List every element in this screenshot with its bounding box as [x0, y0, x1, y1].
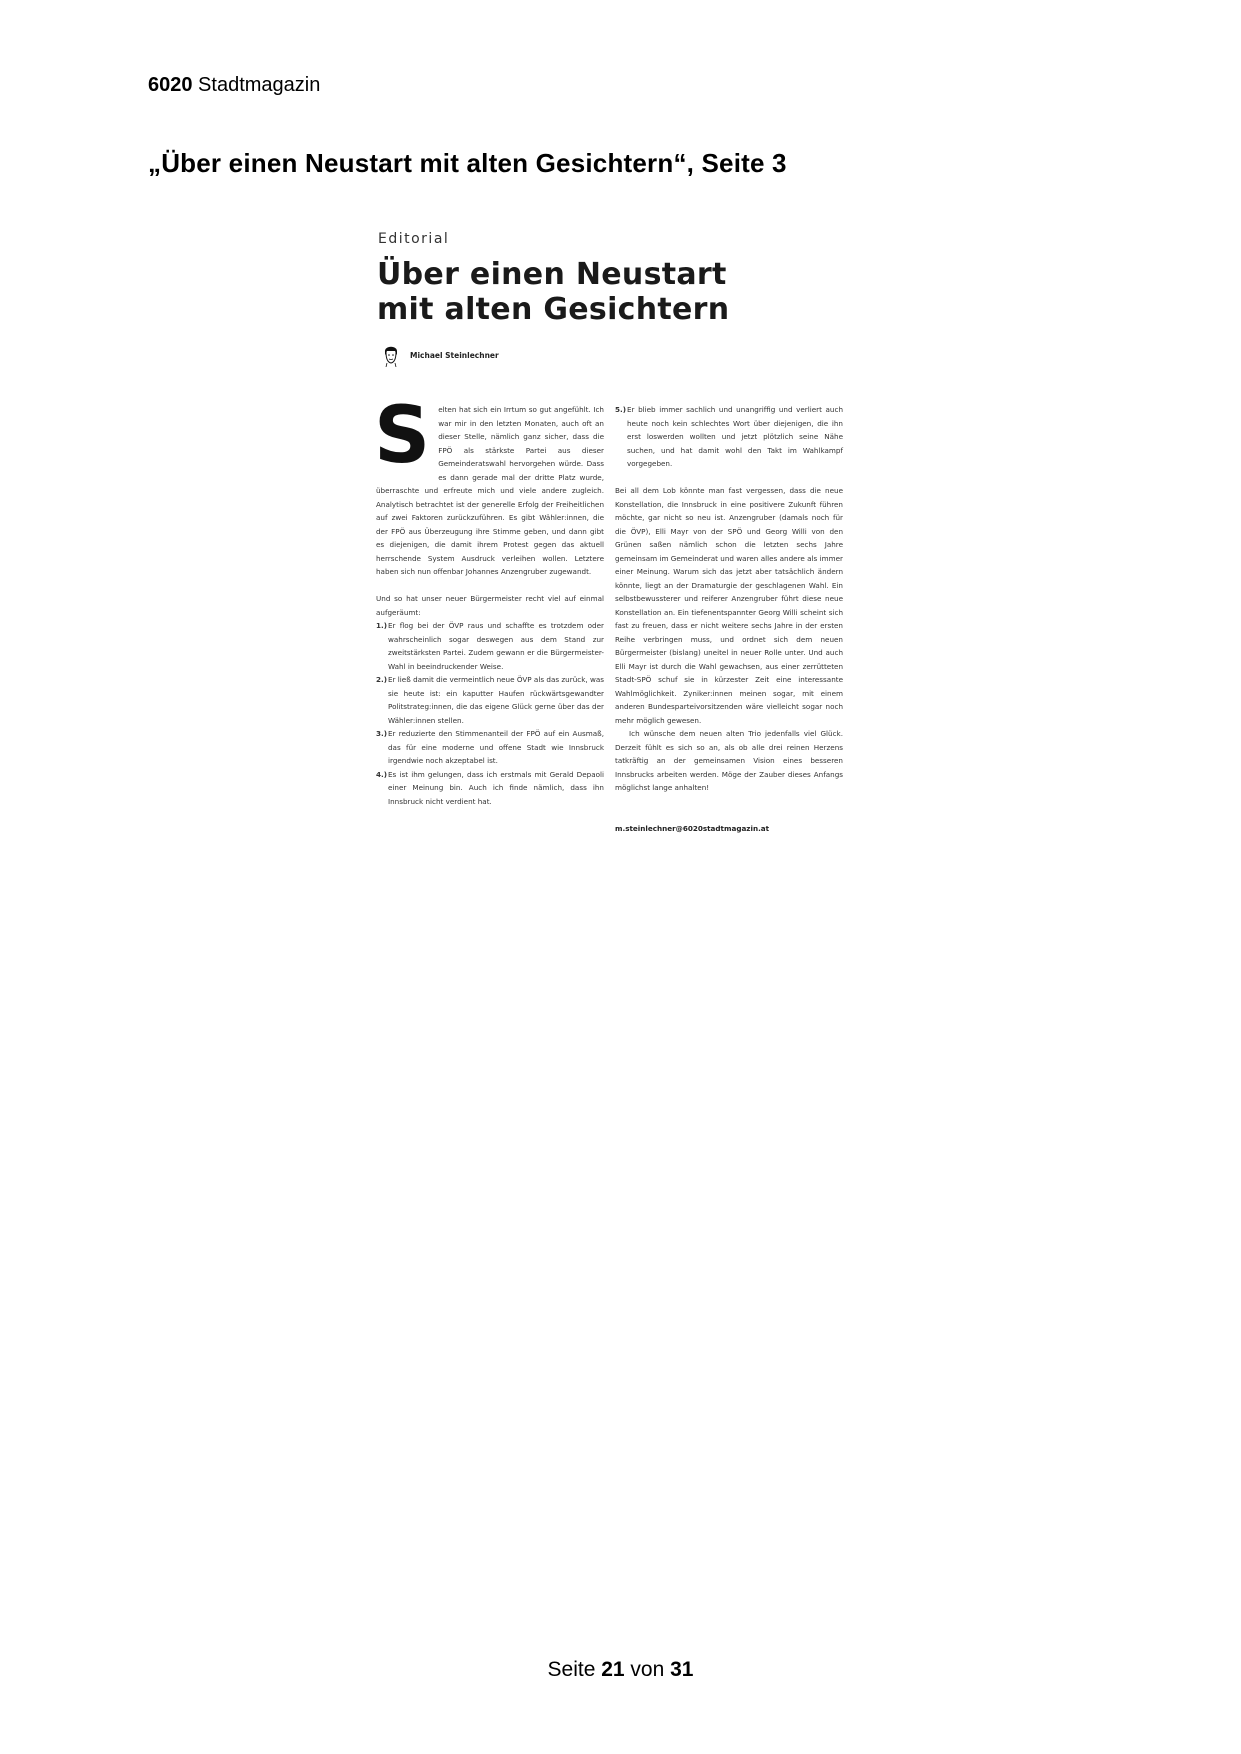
list-item: 4.)Es ist ihm gelungen, dass ich erstmal… [376, 768, 604, 809]
list-item: 2.)Er ließ damit die vermeintlich neue Ö… [376, 673, 604, 727]
intro-paragraph: Selten hat sich ein Irrtum so gut angefü… [376, 403, 604, 579]
byline: Michael Steinlechner [382, 343, 499, 367]
list-item: 1.)Er flog bei der ÖVP raus und schaffte… [376, 619, 604, 673]
author-name: Michael Steinlechner [410, 351, 499, 360]
current-page: 21 [601, 1658, 624, 1681]
article-column-right: 5.)Er blieb immer sachlich und unangriff… [615, 403, 843, 835]
article-column-left: Selten hat sich ein Irrtum so gut angefü… [376, 403, 604, 808]
dropcap: S [374, 405, 430, 475]
closing-paragraph: Ich wünsche dem neuen alten Trio jedenfa… [615, 727, 843, 795]
list-intro: Und so hat unser neuer Bürgermeister rec… [376, 592, 604, 619]
page-number: Seite 21 von 31 [0, 1658, 1241, 1682]
headline-line-2: mit alten Gesichtern [377, 292, 729, 327]
publication-name: 6020 Stadtmagazin [148, 74, 320, 97]
document-title: „Über einen Neustart mit alten Gesichter… [148, 148, 787, 179]
body-paragraph: Bei all dem Lob könnte man fast vergesse… [615, 484, 843, 727]
headline-line-1: Über einen Neustart [377, 257, 729, 292]
article-clipping: Editorial Über einen Neustart mit alten … [372, 225, 846, 885]
publication-label: Stadtmagazin [193, 74, 321, 96]
author-email-link[interactable]: m.steinlechner@6020stadtmagazin.at [615, 822, 843, 836]
total-pages: 31 [670, 1658, 693, 1681]
publication-number: 6020 [148, 74, 193, 96]
article-kicker: Editorial [378, 231, 449, 247]
list-item: 5.)Er blieb immer sachlich und unangriff… [615, 403, 843, 471]
author-portrait-icon [382, 343, 400, 367]
article-headline: Über einen Neustart mit alten Gesichtern [377, 257, 729, 327]
list-item: 3.)Er reduzierte den Stimmenanteil der F… [376, 727, 604, 768]
